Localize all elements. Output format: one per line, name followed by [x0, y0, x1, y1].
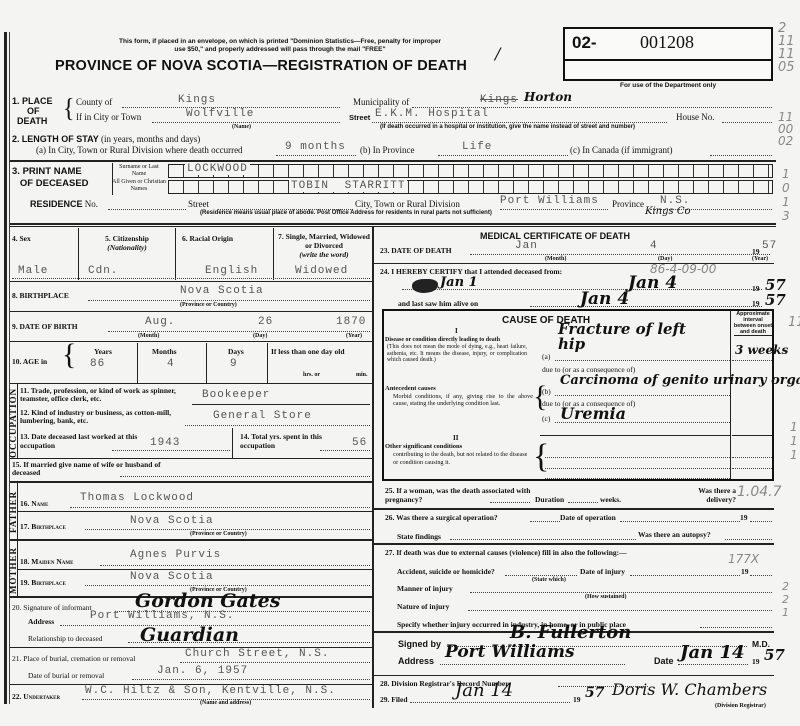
dob-year-sub: (Year): [346, 333, 362, 339]
birthplace-label: 8. BIRTHPLACE: [12, 291, 69, 300]
father-bp-label: 17. Birthplace: [20, 522, 66, 531]
residence-city-label: City, Town or Rural Division: [355, 199, 460, 209]
q27-how-sustained: (How sustained): [585, 594, 627, 600]
mother-name: Agnes Purvis: [130, 549, 221, 561]
record-number: 001208: [640, 32, 694, 53]
divider: [732, 435, 772, 436]
direct-note: (This does not mean the mode of dying, e…: [387, 344, 527, 364]
q15-label: 15. If married give name of wife or husb…: [12, 461, 162, 477]
antecedent-label: Antecedent causes: [385, 385, 436, 392]
q26-line: [530, 521, 560, 522]
margin-mark: 1: [782, 195, 798, 209]
informant-addr-label: Address: [28, 617, 54, 626]
racial-label: 6. Racial Origin: [182, 234, 233, 243]
marital-sub: (write the word): [276, 250, 372, 259]
margin-mark: 05: [778, 61, 798, 74]
citizenship-value: Cdn.: [88, 265, 118, 277]
q27-where-line: [700, 627, 772, 628]
interval-line: [732, 457, 772, 458]
citizenship-label: 5. Citizenship (Nationality): [82, 234, 172, 252]
last-year: 57: [765, 291, 786, 309]
dod-month: Jan: [515, 240, 538, 252]
birthplace-line: [88, 300, 370, 301]
margin-mark: 1: [782, 167, 798, 181]
q13-label: 13. Date deceased last worked at this oc…: [20, 432, 160, 450]
dob-day-sub: (Day): [253, 333, 267, 339]
last-saw-label: and last saw him alive on: [398, 299, 478, 308]
county-value: Kings: [178, 94, 216, 106]
last-year-prefix: 19: [752, 299, 760, 308]
q27-accident-line: [505, 575, 577, 576]
residence-no-line: [108, 209, 186, 210]
burial-date-label: Date of burial or removal: [28, 671, 104, 680]
municipality-struck: Kings: [480, 94, 518, 106]
sig-date-label: Date: [654, 656, 674, 666]
marital-value: Widowed: [295, 265, 348, 277]
age-hrs: hrs. or: [303, 372, 320, 378]
dod-label: 23. DATE OF DEATH: [380, 246, 452, 255]
citizenship-sub: (Nationality): [82, 243, 172, 252]
length-of-stay-label: 2. LENGTH OF STAY (in years, months and …: [12, 134, 200, 144]
margin-mark: 3: [782, 209, 798, 223]
dob-label: 9. DATE OF BIRTH: [12, 322, 78, 331]
cell-div: [206, 343, 207, 383]
q27-injury-date-label: Date of injury: [580, 567, 625, 576]
residence-no-label: No.: [85, 199, 98, 209]
stay-a-line: [276, 155, 356, 156]
age-lt-label: If less than one day old: [271, 347, 345, 356]
filed-date: Jan 14: [455, 680, 513, 701]
q11-label: 11. Trade, profession, or kind of work a…: [20, 387, 195, 403]
q26-date-label: Date of operation: [560, 513, 616, 522]
record-number-box: 02- 001208: [563, 27, 773, 81]
q25-label: 25. If a woman, was the death associated…: [385, 486, 560, 504]
sex-value: Male: [18, 265, 48, 277]
cell-div: [137, 343, 138, 383]
q26-autopsy-line: [725, 539, 772, 540]
surname-value: LOCKWOOD: [185, 163, 250, 175]
dod-line: [470, 254, 770, 255]
divider: [374, 543, 774, 545]
residence-city-value: Port Williams: [500, 195, 599, 207]
divider: [10, 539, 372, 541]
q2-sub: (in years, months and days): [101, 134, 200, 144]
age-days-label: Days: [228, 347, 244, 356]
dob-month: Aug.: [145, 316, 175, 328]
brace: {: [62, 340, 76, 370]
residence-province-label: Province: [612, 199, 644, 209]
q25-weeks: weeks.: [600, 495, 621, 504]
registrar-sub: (Division Registrar): [715, 703, 766, 709]
interval-line: [732, 468, 772, 469]
divider: [10, 458, 372, 459]
mother-name-label: 18. Maiden Name: [20, 557, 73, 566]
marital-title: 7. Single, Married, Widowed or Divorced: [276, 232, 372, 250]
row-line: [12, 278, 370, 279]
record-box-divider: [565, 59, 771, 61]
margin-mark: 1: [790, 420, 798, 434]
undertaker-label: 22. Undertaker: [12, 692, 60, 701]
place-of-death-label: 1. PLACE OF DEATH: [12, 96, 53, 126]
cause-a-label: (a): [542, 352, 550, 361]
burial-place: Church Street, N.S.: [185, 648, 329, 660]
q27-accident-label: Accident, suicide or homicide?: [397, 567, 495, 576]
other-note: contributing to the death, but not relat…: [393, 451, 533, 466]
q25-pencil: 1.04.7: [737, 484, 782, 500]
q26-year-prefix: 19: [740, 513, 748, 522]
q25-duration-line: [568, 502, 598, 503]
residence-city-line: [500, 209, 608, 210]
cause-c-value: Uremia: [560, 404, 626, 423]
q27-injury-date-line: [630, 575, 740, 576]
divider: [10, 160, 776, 162]
certify-from: Jan 1: [440, 275, 478, 290]
q27-year-line: [750, 575, 772, 576]
divider: [10, 383, 372, 384]
dod-year: 57: [762, 240, 777, 252]
father-bp-sub: (Province or Country): [190, 531, 247, 537]
cause-c-label: (c): [542, 414, 550, 423]
q2-num: 2.: [12, 134, 20, 144]
father-bp-line: [85, 529, 370, 530]
q26-year-line: [750, 521, 772, 522]
city-line: [152, 122, 340, 123]
filed-year: 57: [585, 685, 604, 701]
registrar-signature: Doris W. Chambers: [612, 680, 767, 699]
city-label: If in City or Town: [76, 112, 141, 122]
municipality-value: Horton: [524, 90, 572, 104]
notice-line-1: This form, if placed in an envelope, on …: [60, 38, 500, 46]
dob-year: 1870: [336, 316, 366, 328]
margin-mark: 0: [782, 181, 798, 195]
other-label: Other significant conditions: [385, 443, 462, 450]
q11-value: Bookeeper: [202, 389, 270, 401]
stay-a-label: (a) In City, Town or Rural Division wher…: [36, 145, 243, 155]
father-name-label: 16. Name: [20, 499, 48, 508]
q25-delivery: Was there a delivery?: [676, 486, 736, 504]
dod-day: 4: [650, 240, 658, 252]
interval-a-line: [732, 360, 772, 361]
sig-date: Jan 14: [680, 642, 745, 663]
interval-rule: [734, 335, 772, 336]
cell-div: [78, 228, 79, 280]
q29-line: [410, 702, 570, 703]
sex-label: 4. Sex: [12, 234, 31, 243]
name-label-1: PRINT NAME: [23, 166, 82, 177]
interval-header: Approximate interval between onset and d…: [733, 311, 773, 335]
q12-value: General Store: [213, 410, 312, 422]
informant-sig: Gordon Gates: [135, 590, 280, 612]
birthplace-sub: (Province or Country): [180, 302, 237, 308]
given-boxes: TOBIN STARRITT: [168, 180, 773, 194]
stay-b-label: (b) In Province: [360, 145, 414, 155]
q29-label: 29. Filed: [380, 695, 408, 704]
given-label: All Given or Christian Names: [112, 179, 166, 193]
record-prefix: 02-: [572, 33, 597, 53]
sig-addr-label: Address: [398, 656, 434, 666]
cell-div: [267, 343, 268, 383]
brace: {: [63, 95, 75, 124]
roman-2: II: [453, 434, 458, 442]
stay-b-line: [438, 155, 568, 156]
cause-b-value: Carcinoma of genito urinary organs: [560, 373, 800, 388]
name-label: 3. PRINT NAME OF DECEASED: [12, 166, 89, 190]
q12-label: 12. Kind of industry or business, as cot…: [20, 409, 190, 425]
q26-findings-label: State findings: [397, 532, 441, 541]
street-line: [372, 122, 667, 123]
column-divider: [372, 226, 374, 708]
city-sub: (Name): [232, 124, 251, 130]
mother-bp-label: 19. Birthplace: [20, 578, 66, 587]
other-line-1: [545, 457, 730, 458]
other-line-2: [545, 468, 730, 469]
stay-a-value: 9 months: [285, 141, 346, 153]
cause-a-value: Fracture of left hip: [558, 322, 718, 352]
divider: [10, 481, 372, 483]
sig-year: 57: [764, 646, 785, 664]
q25-line: [490, 502, 530, 503]
residence-handwritten: Kings Co: [645, 206, 691, 217]
medical-title: MEDICAL CERTIFICATE OF DEATH: [480, 231, 630, 241]
city-value: Wolfville: [186, 108, 254, 120]
age-months-label: Months: [152, 347, 177, 356]
stay-c-line: [710, 155, 772, 156]
q25-duration: Duration: [535, 495, 564, 504]
divider: [10, 281, 372, 282]
burial-place-label: 21. Place of burial, cremation or remova…: [12, 654, 135, 663]
interval-a: 3 weeks: [735, 343, 788, 357]
burial-date-line: [132, 679, 370, 680]
county-label: County of: [76, 97, 112, 107]
q11-line: [192, 404, 370, 405]
q26-findings-line: [450, 539, 636, 540]
sig-date-line: [678, 664, 748, 665]
marital-label: 7. Single, Married, Widowed or Divorced …: [276, 232, 372, 259]
q27-year-prefix: 19: [741, 567, 749, 576]
margin-mark: 2: [782, 593, 789, 606]
divider: [374, 508, 774, 510]
margin-marks-6: 2 2 1: [782, 580, 789, 619]
dob-line: [108, 331, 370, 332]
father-bp: Nova Scotia: [130, 515, 214, 527]
dept-use-label: For use of the Department only: [620, 82, 716, 89]
cause-a-line: [555, 360, 730, 361]
cause-b-line: [555, 395, 730, 396]
divider: [17, 569, 372, 570]
divider: [17, 511, 372, 512]
notice-line-2: use $50," and properly addressed will pa…: [60, 46, 500, 54]
house-label: House No.: [676, 112, 715, 122]
last-saw-line: [530, 306, 762, 307]
q27-pencil: 177X: [728, 552, 759, 566]
left-border-inner: [9, 32, 10, 704]
margin-marks-2: 11 00 02: [778, 111, 798, 147]
residence-label: RESIDENCE: [30, 199, 83, 209]
margin-mark: 1: [782, 606, 789, 619]
q27-nature-label: Nature of injury: [397, 602, 449, 611]
q27-state-which: (State which): [532, 577, 566, 583]
margin-mark: 2: [782, 580, 789, 593]
q1-num: 1.: [12, 96, 20, 106]
informant-addr: Port Williams, N.S.: [90, 610, 234, 622]
direct-label: Disease or condition directly leading to…: [385, 337, 535, 343]
surname-label: Surname or Last Name: [114, 164, 164, 178]
dod-year-prefix: 19: [752, 247, 760, 256]
cell-div: [175, 228, 176, 280]
q3-num: 3.: [12, 166, 20, 177]
given-value: TOBIN STARRITT: [289, 180, 407, 192]
mail-notice: This form, if placed in an envelope, on …: [60, 38, 500, 54]
mother-name-line: [100, 565, 370, 566]
margin-marks-4: 11: [788, 315, 800, 330]
q26-date-line: [620, 521, 740, 522]
q26-autopsy-label: Was there an autopsy?: [638, 530, 711, 539]
divider: [10, 226, 776, 227]
informant-rel: Guardian: [140, 624, 239, 646]
burial-date: Jan. 6, 1957: [157, 665, 248, 677]
street-value: E.K.M. Hospital: [375, 108, 489, 120]
street-sub: (If death occurred in a hospital or inst…: [380, 124, 635, 130]
q13-value: 1943: [150, 437, 180, 449]
certify-to: Jan 4: [628, 273, 677, 293]
q14-line: [320, 450, 370, 451]
age-min: min.: [356, 372, 368, 378]
burial-place-line: [180, 662, 370, 663]
filed-year-prefix: 19: [573, 695, 581, 704]
roman-1: I: [455, 327, 458, 335]
margin-mark: 1: [790, 448, 798, 462]
q27-nature-line: [468, 610, 772, 611]
dob-month-sub: (Month): [138, 333, 159, 339]
cell-div: [232, 428, 233, 458]
father-name: Thomas Lockwood: [80, 492, 194, 504]
age-label: 10. AGE in: [12, 357, 47, 366]
dob-day: 26: [258, 316, 273, 328]
q26-label: 26. Was there a surgical operation?: [385, 513, 498, 522]
q15-line: [120, 476, 370, 477]
q27-manner-label: Manner of injury: [397, 584, 453, 593]
undertaker-sub: (Name and address): [200, 700, 251, 706]
age-days: 9: [230, 358, 238, 370]
section-div: [17, 383, 18, 458]
dod-month-sub: (Month): [545, 256, 566, 262]
left-border: [4, 32, 7, 704]
margin-marks-3: 1 0 1 3: [782, 167, 798, 223]
q14-label: 14. Total yrs. spent in this occupation: [240, 432, 340, 450]
stay-b-value: Life: [462, 141, 492, 153]
mother-bp-line: [85, 585, 370, 586]
age-years: 86: [90, 358, 105, 370]
name-label-2: OF DECEASED: [20, 178, 89, 189]
margin-mark: 02: [778, 135, 798, 147]
age-months: 4: [167, 358, 175, 370]
q2-label: LENGTH OF STAY: [22, 134, 99, 144]
residence-street-label: Street: [188, 199, 209, 209]
other-line-3: [545, 478, 730, 479]
residence-note: (Residence means usual place of abode. P…: [200, 210, 492, 216]
margin-marks: 2 11 11 05: [778, 22, 798, 74]
surname-boxes: LOCKWOOD: [168, 164, 773, 178]
antecedent-note: Morbid conditions, if any, giving rise t…: [393, 393, 533, 407]
house-line: [722, 122, 772, 123]
q27-label: 27. If death was due to external causes …: [385, 548, 627, 557]
cell-div: [273, 228, 274, 280]
divider: [374, 675, 774, 676]
margin-mark: 1: [790, 434, 798, 448]
last-saw: Jan 4: [580, 289, 629, 309]
divider: [10, 223, 776, 225]
street-label: Street: [349, 113, 370, 122]
racial-value: English: [205, 265, 258, 277]
divider: [540, 435, 730, 436]
q12-line: [185, 425, 370, 426]
divider: [10, 311, 372, 312]
interval-divider: [730, 310, 731, 480]
father-name-line: [70, 507, 370, 508]
q13-line: [112, 450, 230, 451]
undertaker-value: W.C. Hiltz & Son, Kentville, N.S.: [85, 685, 336, 697]
citizenship-title: 5. Citizenship: [82, 234, 172, 243]
cause-b-label: (b): [542, 387, 551, 396]
q14-value: 56: [352, 437, 367, 449]
signed-label: Signed by: [398, 639, 441, 649]
signed-value: B. Fullerton: [510, 622, 631, 643]
sig-addr: Port Williams: [445, 642, 575, 662]
birthplace-value: Nova Scotia: [180, 285, 264, 297]
dod-year-sub: (Year): [752, 256, 768, 262]
page-title: PROVINCE OF NOVA SCOTIA—REGISTRATION OF …: [55, 58, 467, 74]
sig-year-prefix: 19: [752, 657, 760, 666]
age-years-label: Years: [94, 347, 112, 356]
stay-c-label: (c) In Canada (if immigrant): [570, 145, 672, 155]
certify-year-prefix: 19: [752, 284, 760, 293]
municipality-label: Municipality of: [353, 97, 409, 107]
ink-blot: [412, 279, 438, 293]
residence-row: RESIDENCE No.: [30, 199, 98, 209]
q27-manner-line: [470, 592, 772, 593]
margin-marks-5: 1 1 1: [790, 420, 798, 462]
tick-mark: /: [495, 44, 500, 63]
sig-addr-line: [440, 664, 625, 665]
informant-rel-label: Relationship to deceased: [28, 634, 103, 643]
mother-bp: Nova Scotia: [130, 571, 214, 583]
informant-sig-label: 20. Signature of informant: [12, 603, 92, 612]
